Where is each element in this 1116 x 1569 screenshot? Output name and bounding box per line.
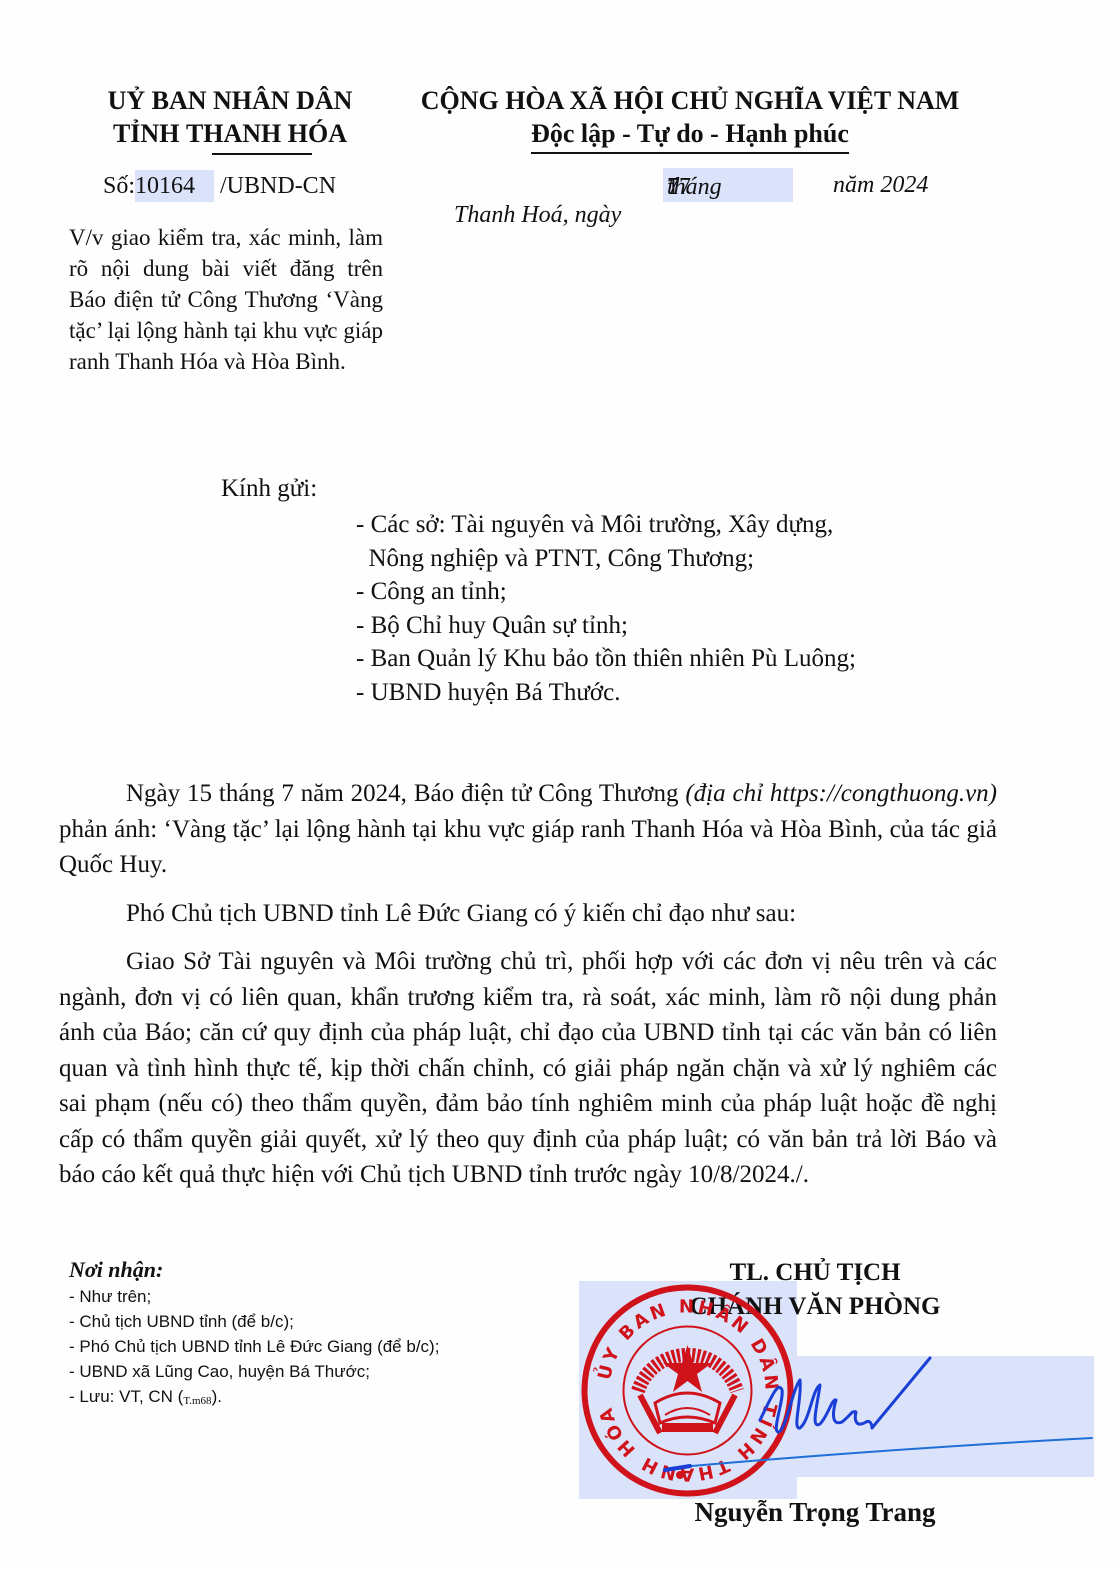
recipient-item: Nông nghiệp và PTNT, Công Thương; — [356, 542, 856, 576]
date-field: 17 tháng 7 — [663, 168, 793, 202]
distribution-item: - Phó Chủ tịch UBND tỉnh Lê Đức Giang (đ… — [69, 1334, 439, 1359]
distribution-item: - Chủ tịch UBND tỉnh (để b/c); — [69, 1309, 439, 1334]
recipient-item: - Công an tỉnh; — [356, 575, 856, 609]
source-link-text: (địa chỉ https://congthuong.vn) — [685, 780, 997, 807]
country-name: CỘNG HÒA XÃ HỘI CHỦ NGHĨA VIỆT NAM — [395, 84, 985, 117]
national-header: CỘNG HÒA XÃ HỘI CHỦ NGHĨA VIỆT NAM Độc l… — [395, 84, 985, 154]
header-underline — [212, 153, 312, 155]
recipient-item: - Bộ Chỉ huy Quân sự tỉnh; — [356, 609, 856, 643]
document-number: Số:10164 /UBND-CN — [103, 170, 336, 202]
recipient-item: - UBND huyện Bá Thước. — [356, 676, 856, 710]
distribution-title: Nơi nhận: — [69, 1256, 439, 1284]
document-date: Thanh Hoá, ngày 17 tháng 7 năm 2024 — [442, 170, 621, 290]
recipient-list: - Các sở: Tài nguyên và Môi trường, Xây … — [356, 508, 856, 709]
body-paragraph: Phó Chủ tịch UBND tỉnh Lê Đức Giang có ý… — [59, 896, 997, 932]
recipient-item: - Các sở: Tài nguyên và Môi trường, Xây … — [356, 508, 856, 542]
document-subject: V/v giao kiểm tra, xác minh, làm rõ nội … — [69, 222, 383, 377]
body-paragraph: Ngày 15 tháng 7 năm 2024, Báo điện tử Cô… — [59, 776, 997, 883]
recipient-item: - Ban Quản lý Khu bảo tồn thiên nhiên Pù… — [356, 642, 856, 676]
issuing-authority: UỶ BAN NHÂN DÂN TỈNH THANH HÓA — [60, 84, 400, 150]
distribution-item: - Như trên; — [69, 1284, 439, 1309]
signer-name: Nguyễn Trọng Trang — [620, 1495, 1010, 1529]
distribution-item: - Lưu: VT, CN (T.m68). — [69, 1384, 439, 1414]
distribution-list: Nơi nhận: - Như trên; - Chủ tịch UBND tỉ… — [69, 1256, 439, 1414]
salutation: Kính gửi: — [221, 474, 317, 504]
body-paragraph: Giao Sở Tài nguyên và Môi trường chủ trì… — [59, 944, 997, 1193]
national-motto: Độc lập - Tự do - Hạnh phúc — [531, 117, 849, 154]
document-number-field: 10164 — [135, 170, 214, 202]
document-body: Ngày 15 tháng 7 năm 2024, Báo điện tử Cô… — [59, 776, 997, 1193]
authority-line-1: UỶ BAN NHÂN DÂN — [60, 84, 400, 117]
authority-line-2: TỈNH THANH HÓA — [60, 117, 400, 150]
handwritten-signature — [660, 1340, 1100, 1480]
distribution-item: - UBND xã Lũng Cao, huyện Bá Thước; — [69, 1359, 439, 1384]
